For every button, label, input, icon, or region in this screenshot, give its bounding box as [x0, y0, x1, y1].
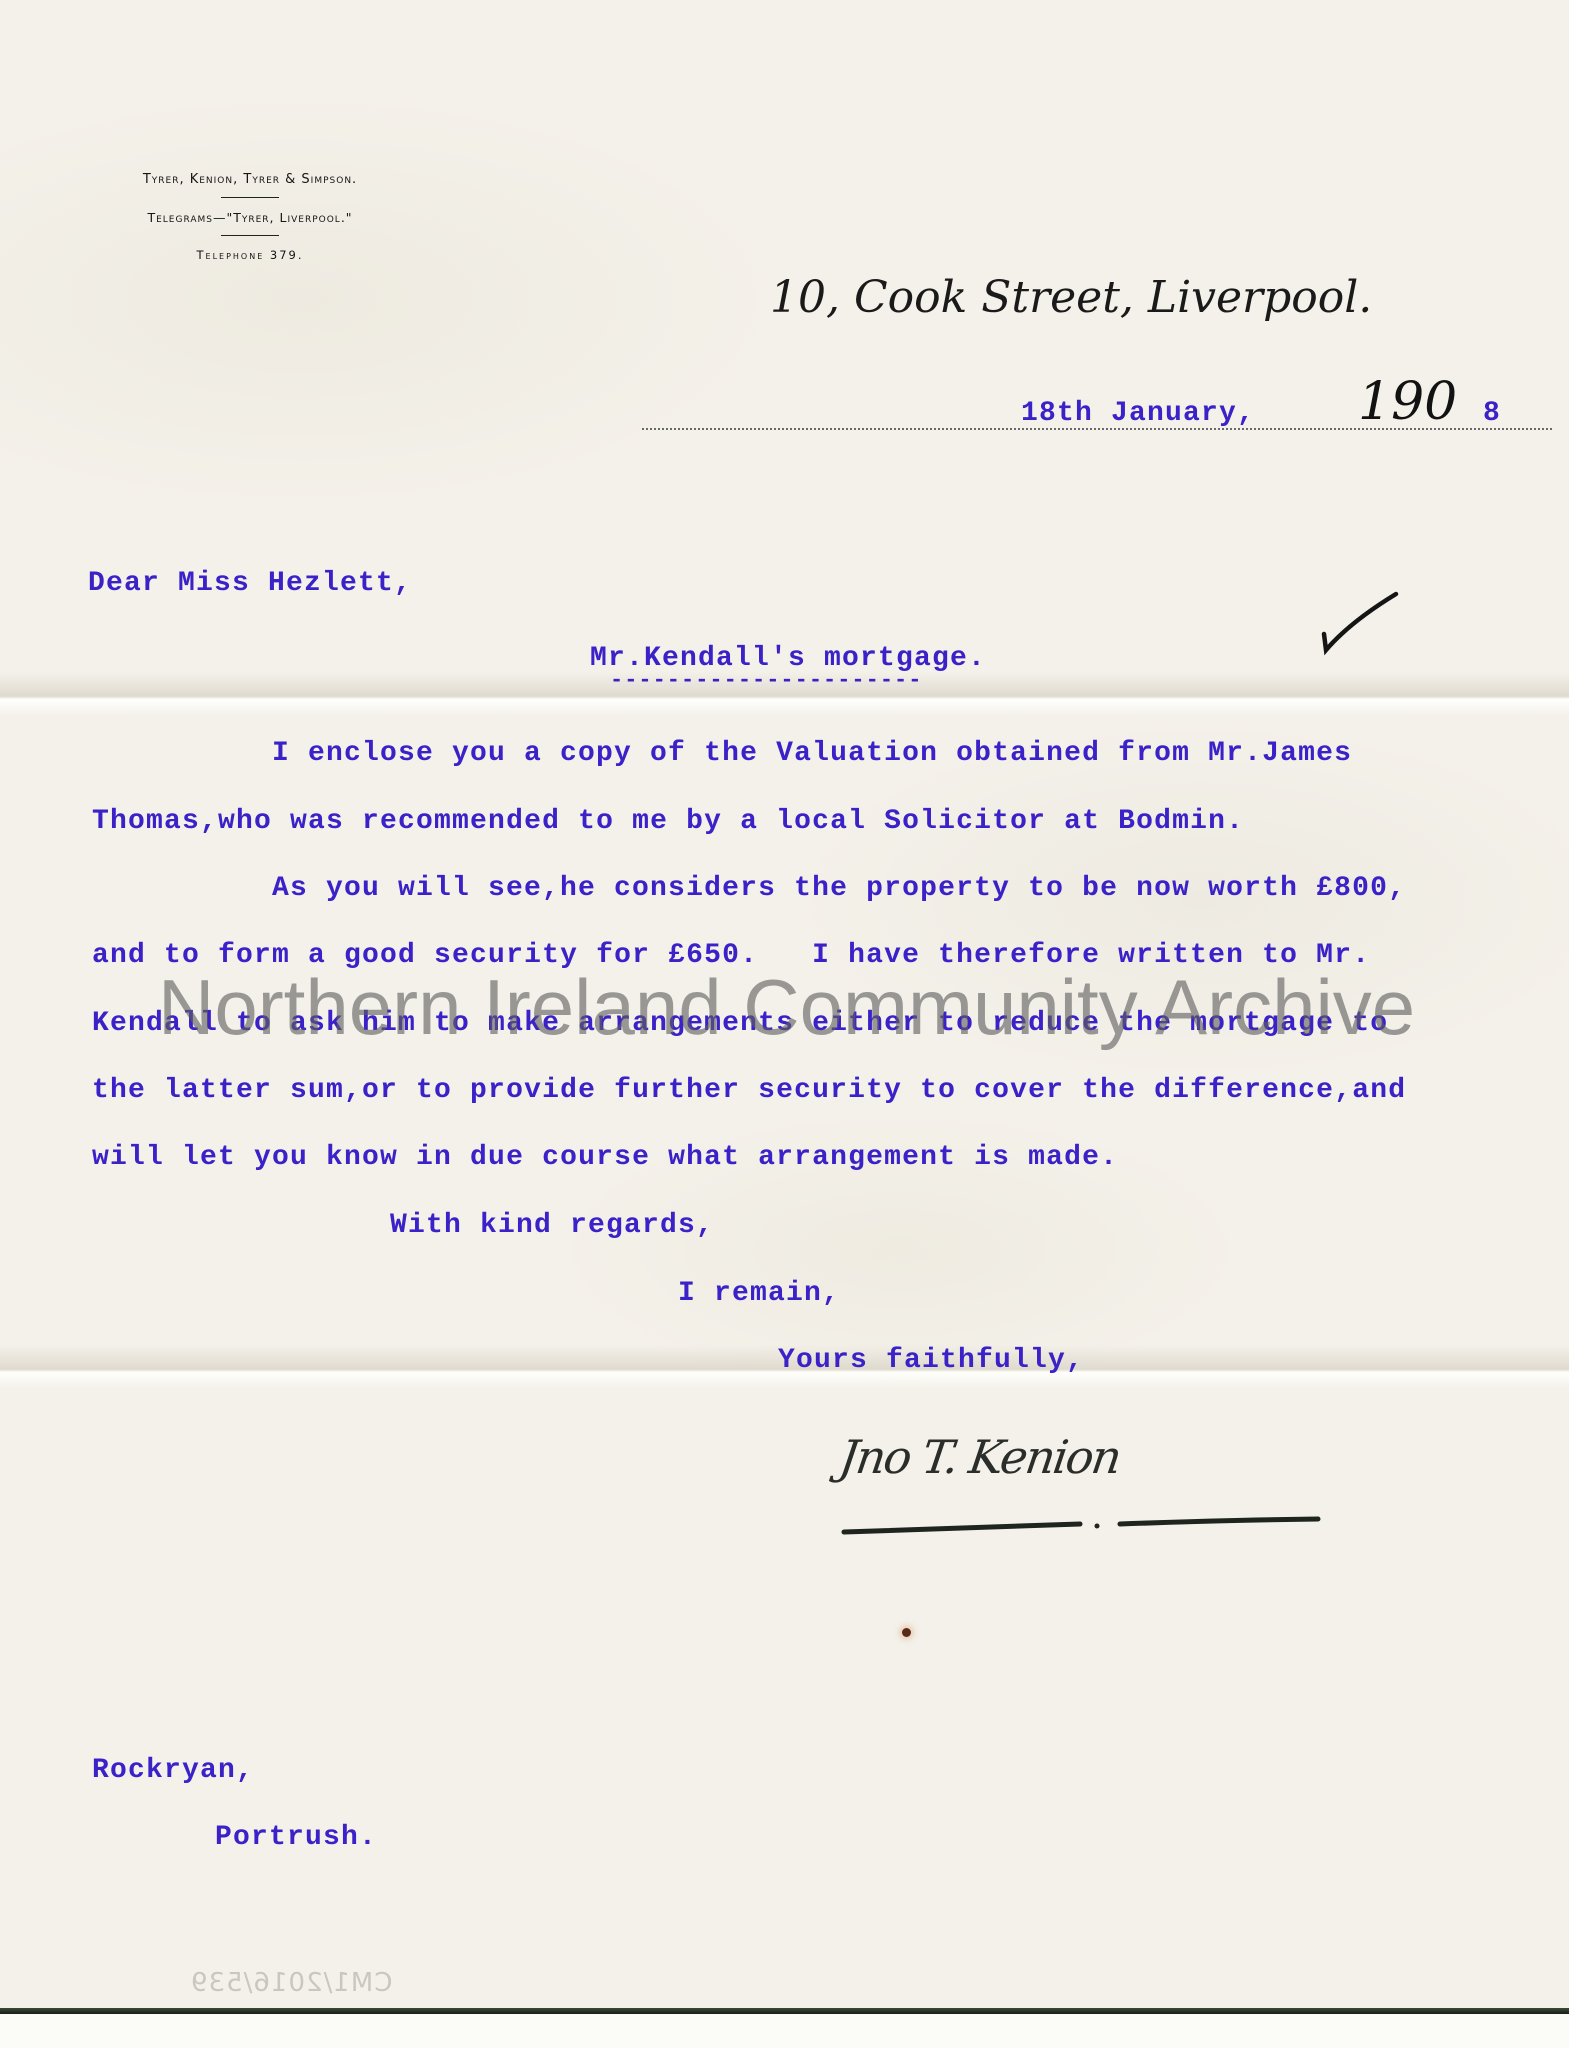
letterhead-rule: [221, 197, 279, 198]
body-line: will let you know in due course what arr…: [92, 1142, 1118, 1173]
letter-date: 18th January,: [1021, 398, 1255, 429]
closing-yours-faithfully: Yours faithfully,: [778, 1345, 1084, 1376]
recipient-address-line-2: Portrush.: [215, 1822, 377, 1853]
body-line: the latter sum,or to provide further sec…: [92, 1075, 1406, 1106]
signature-underline: [830, 1430, 1350, 1540]
sender-address: 10, Cook Street, Liverpool.: [770, 272, 1372, 323]
recipient-address-line-1: Rockryan,: [92, 1755, 254, 1786]
subject-underline: ----------------------: [610, 668, 922, 693]
closing-regards: With kind regards,: [390, 1210, 714, 1241]
letterhead-telegrams: Telegrams—"Tyrer, Liverpool.": [80, 210, 420, 225]
closing-remain: I remain,: [678, 1278, 840, 1309]
archive-watermark: Northern Ireland Community Archive: [158, 962, 1415, 1053]
letterhead-rule: [221, 235, 279, 236]
ink-stain: [902, 1628, 911, 1637]
body-line: Thomas,who was recommended to me by a lo…: [92, 806, 1244, 837]
body-line: As you will see,he considers the propert…: [272, 873, 1406, 904]
reverse-catalogue-number: CM1/2016/539: [190, 1968, 392, 1998]
letterhead: Tyrer, Kenion, Tyrer & Simpson. Telegram…: [80, 172, 420, 262]
salutation: Dear Miss Hezlett,: [88, 568, 412, 599]
letterhead-telephone: Telephone 379.: [80, 248, 420, 262]
scan-background: [0, 2014, 1569, 2048]
checkmark-icon: [1310, 582, 1410, 662]
letterhead-firm-name: Tyrer, Kenion, Tyrer & Simpson.: [80, 172, 420, 187]
typed-year-digit: 8: [1483, 398, 1501, 429]
body-line: I enclose you a copy of the Valuation ob…: [272, 738, 1352, 769]
letter-page: Tyrer, Kenion, Tyrer & Simpson. Telegram…: [0, 0, 1569, 2010]
printed-year-prefix: 190: [1358, 372, 1457, 432]
handwritten-signature: Jno T. Kenion: [830, 1430, 1350, 1540]
